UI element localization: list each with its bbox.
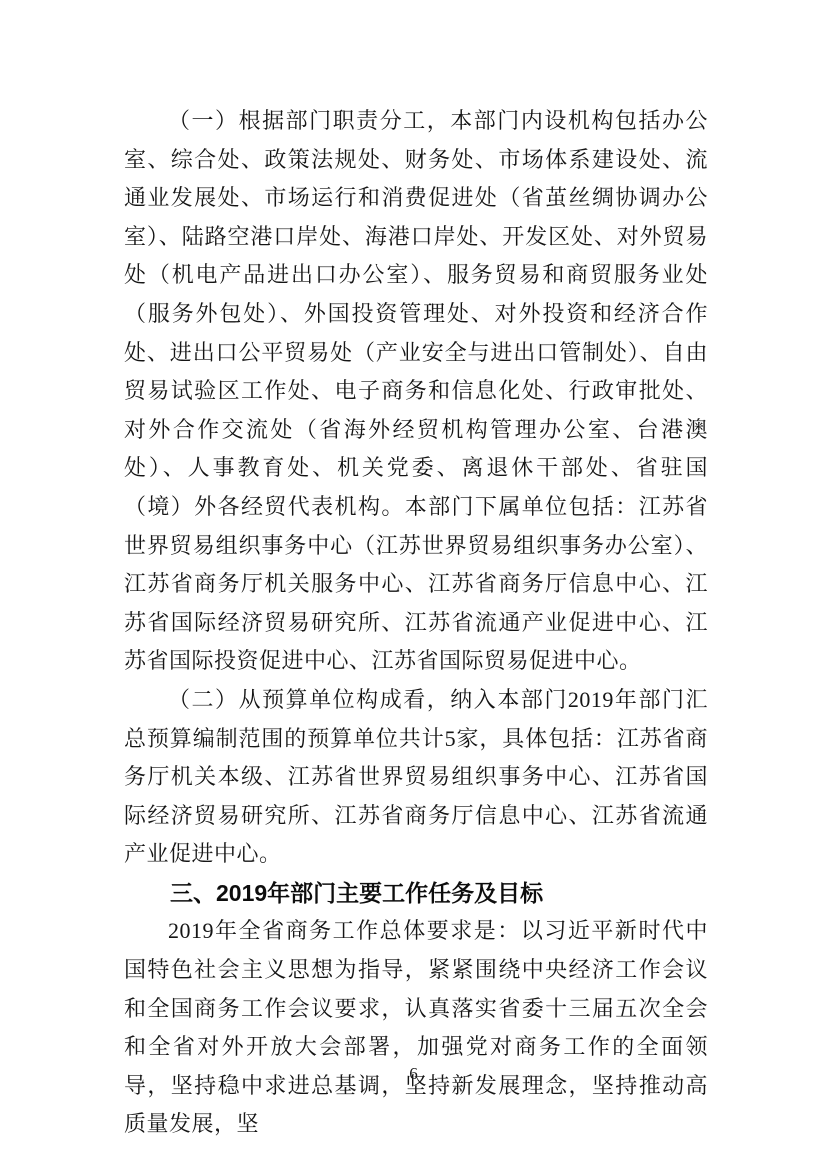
paragraph-work-requirements: 2019年全省商务工作总体要求是：以习近平新时代中国特色社会主义思想为指导，紧紧… [124,912,708,1144]
section-heading-tasks-goals: 三、2019年部门主要工作任务及目标 [124,874,708,913]
paragraph-internal-structure: （一）根据部门职责分工，本部门内设机构包括办公室、综合处、政策法规处、财务处、市… [124,102,708,681]
document-page: （一）根据部门职责分工，本部门内设机构包括办公室、综合处、政策法规处、财务处、市… [0,0,827,1169]
page-number: 6 [0,1063,827,1085]
document-body: （一）根据部门职责分工，本部门内设机构包括办公室、综合处、政策法规处、财务处、市… [124,102,708,1144]
paragraph-budget-units: （二）从预算单位构成看，纳入本部门2019年部门汇总预算编制范围的预算单位共计5… [124,681,708,874]
